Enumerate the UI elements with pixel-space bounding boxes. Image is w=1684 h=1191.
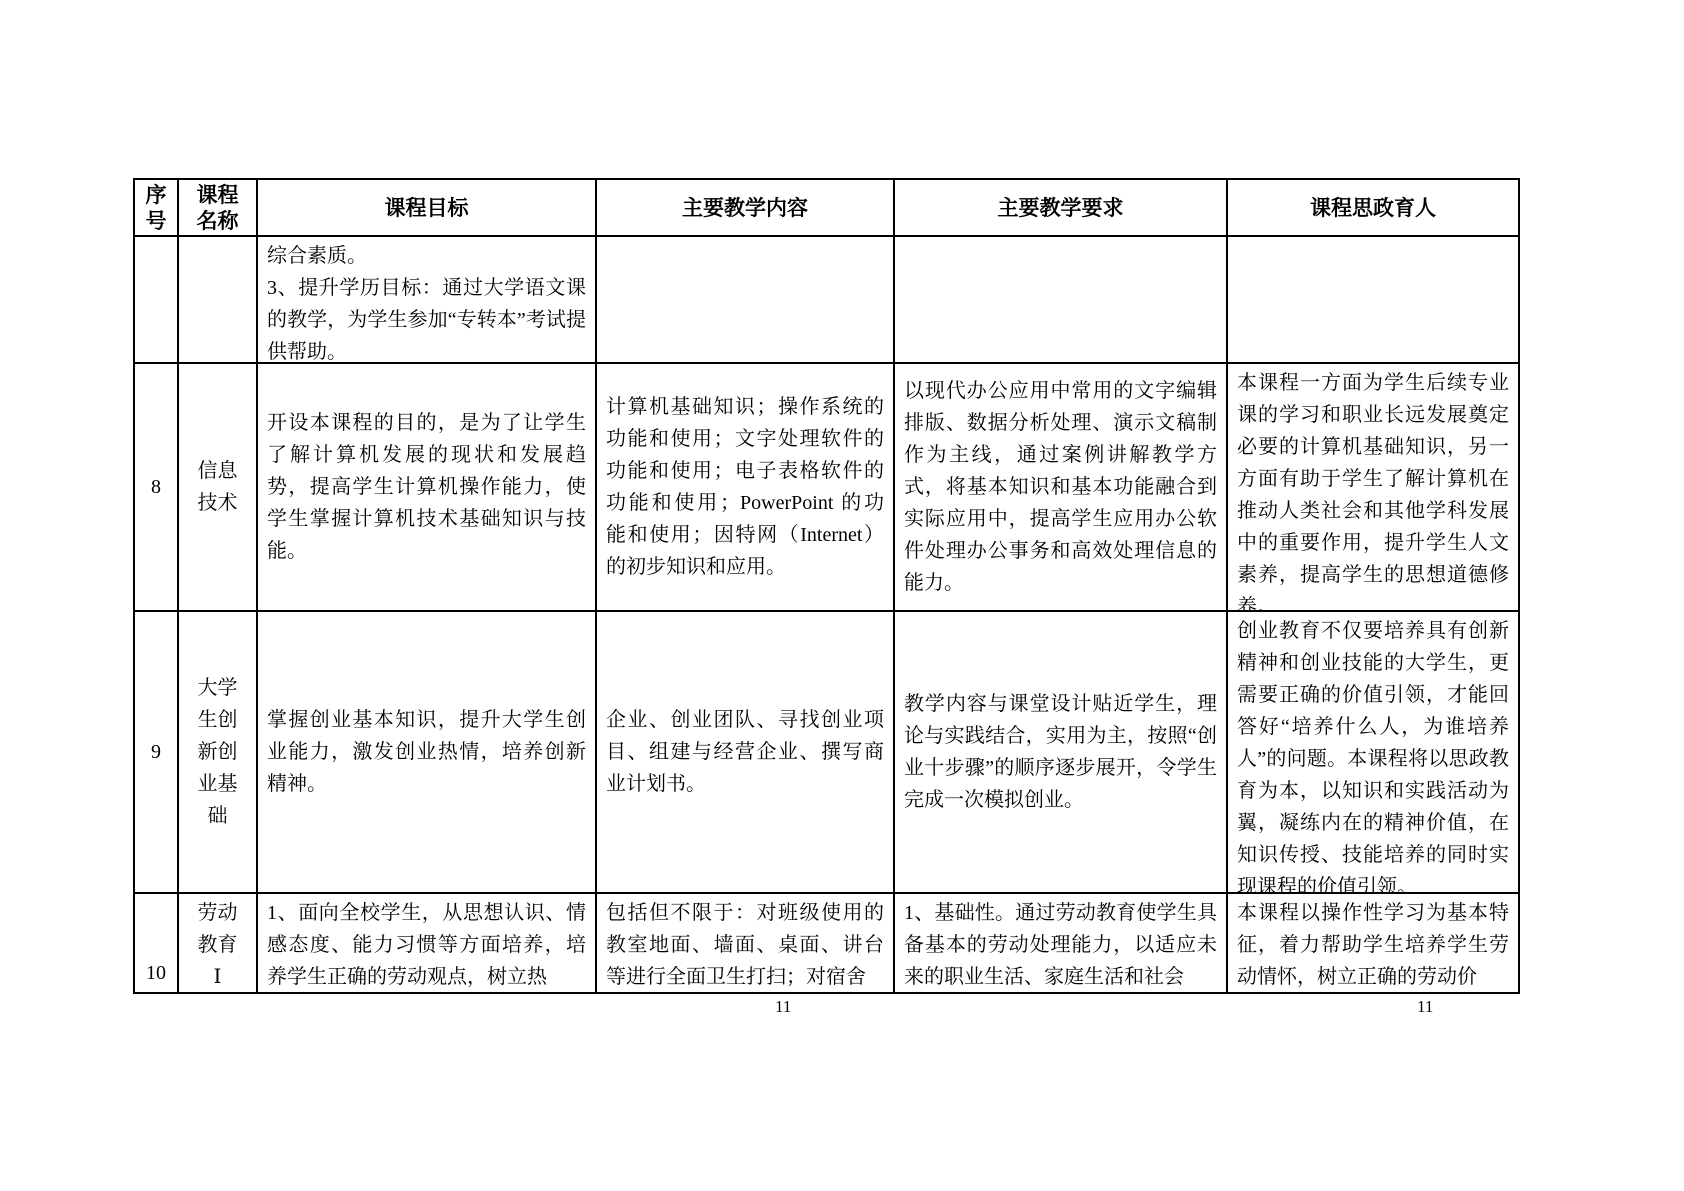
document-page: 序 号 课程 名称 课程目标 主要教学内容 主要教学要求 课程思政育人 综合素质… — [0, 0, 1684, 1191]
table-row-10-name: 劳动 教育 Ⅰ — [179, 894, 258, 994]
cell-objectives: 掌握创业基本知识，提升大学生创业能力，激发创业热情，培养创新精神。 — [267, 704, 586, 800]
header-objectives-label: 课程目标 — [267, 195, 586, 221]
cell-ideology: 创业教育不仅要培养具有创新精神和创业技能的大学生，更需要正确的价值引领，才能回答… — [1237, 615, 1509, 894]
page-number-center: 11 — [775, 997, 791, 1017]
cell-objectives: 综合素质。 3、提升学历目标：通过大学语文课的教学，为学生参加“专转本”考试提供… — [267, 240, 586, 364]
course-table: 序 号 课程 名称 课程目标 主要教学内容 主要教学要求 课程思政育人 综合素质… — [133, 178, 1520, 994]
cell-course-name: 劳动 教育 Ⅰ — [181, 897, 254, 993]
table-row-cont-name — [179, 237, 258, 364]
cell-requirements: 1、基础性。通过劳动教育使学生具备基本的劳动处理能力，以适应未来的职业生活、家庭… — [904, 897, 1217, 993]
header-course-name-label: 课程 名称 — [188, 182, 247, 234]
table-row-cont-content — [597, 237, 895, 364]
header-requirements: 主要教学要求 — [895, 180, 1228, 237]
cell-requirements: 以现代办公应用中常用的文字编辑排版、数据分析处理、演示文稿制作为主线，通过案例讲… — [904, 375, 1217, 599]
header-ideology-label: 课程思政育人 — [1237, 195, 1509, 221]
table-row-8-content: 计算机基础知识；操作系统的功能和使用；文字处理软件的功能和使用；电子表格软件的功… — [597, 364, 895, 612]
header-objectives: 课程目标 — [258, 180, 597, 237]
cell-no: 8 — [137, 471, 175, 503]
cell-course-name: 大学 生创 新创 业基 础 — [181, 672, 254, 832]
header-requirements-label: 主要教学要求 — [904, 195, 1217, 221]
header-ideology: 课程思政育人 — [1228, 180, 1520, 237]
table-row-9-content: 企业、创业团队、寻找创业项目、组建与经营企业、撰写商业计划书。 — [597, 612, 895, 894]
table-row-cont-objectives: 综合素质。 3、提升学历目标：通过大学语文课的教学，为学生参加“专转本”考试提供… — [258, 237, 597, 364]
table-row-9-name: 大学 生创 新创 业基 础 — [179, 612, 258, 894]
table-row-10-content: 包括但不限于：对班级使用的教室地面、墙面、桌面、讲台等进行全面卫生打扫；对宿舍 — [597, 894, 895, 994]
table-row-8-no: 8 — [135, 364, 179, 612]
table-row-cont-no — [135, 237, 179, 364]
header-no: 序 号 — [135, 180, 179, 237]
table-row-8-objectives: 开设本课程的目的，是为了让学生了解计算机发展的现状和发展趋势，提高学生计算机操作… — [258, 364, 597, 612]
header-no-label: 序 号 — [144, 182, 168, 234]
cell-no: 10 — [137, 957, 175, 989]
table-row-9-objectives: 掌握创业基本知识，提升大学生创业能力，激发创业热情，培养创新精神。 — [258, 612, 597, 894]
cell-requirements: 教学内容与课堂设计贴近学生，理论与实践结合，实用为主，按照“创业十步骤”的顺序逐… — [904, 688, 1217, 816]
cell-no: 9 — [137, 736, 175, 768]
cell-content: 企业、创业团队、寻找创业项目、组建与经营企业、撰写商业计划书。 — [606, 704, 884, 800]
header-content-label: 主要教学内容 — [606, 195, 884, 221]
header-content: 主要教学内容 — [597, 180, 895, 237]
table-row-10-requirements: 1、基础性。通过劳动教育使学生具备基本的劳动处理能力，以适应未来的职业生活、家庭… — [895, 894, 1228, 994]
cell-ideology: 本课程以操作性学习为基本特征，着力帮助学生培养学生劳动情怀，树立正确的劳动价 — [1237, 897, 1509, 993]
cell-course-name: 信息 技术 — [181, 455, 254, 519]
table-row-10-no: 10 — [135, 894, 179, 994]
cell-content: 包括但不限于：对班级使用的教室地面、墙面、桌面、讲台等进行全面卫生打扫；对宿舍 — [606, 897, 884, 993]
table-row-cont-requirements — [895, 237, 1228, 364]
cell-ideology: 本课程一方面为学生后续专业课的学习和职业长远发展奠定必要的计算机基础知识，另一方… — [1237, 367, 1509, 612]
table-row-9-ideology: 创业教育不仅要培养具有创新精神和创业技能的大学生，更需要正确的价值引领，才能回答… — [1228, 612, 1520, 894]
header-course-name: 课程 名称 — [179, 180, 258, 237]
cell-content: 计算机基础知识；操作系统的功能和使用；文字处理软件的功能和使用；电子表格软件的功… — [606, 391, 884, 583]
table-row-9-no: 9 — [135, 612, 179, 894]
cell-objectives: 1、面向全校学生，从思想认识、情感态度、能力习惯等方面培养，培养学生正确的劳动观… — [267, 897, 586, 993]
table-row-cont-ideology — [1228, 237, 1520, 364]
cell-objectives: 开设本课程的目的，是为了让学生了解计算机发展的现状和发展趋势，提高学生计算机操作… — [267, 407, 586, 567]
table-row-8-requirements: 以现代办公应用中常用的文字编辑排版、数据分析处理、演示文稿制作为主线，通过案例讲… — [895, 364, 1228, 612]
table-row-8-name: 信息 技术 — [179, 364, 258, 612]
table-row-10-ideology: 本课程以操作性学习为基本特征，着力帮助学生培养学生劳动情怀，树立正确的劳动价 — [1228, 894, 1520, 994]
table-row-10-objectives: 1、面向全校学生，从思想认识、情感态度、能力习惯等方面培养，培养学生正确的劳动观… — [258, 894, 597, 994]
page-number-right: 11 — [1417, 997, 1433, 1017]
table-row-8-ideology: 本课程一方面为学生后续专业课的学习和职业长远发展奠定必要的计算机基础知识，另一方… — [1228, 364, 1520, 612]
table-row-9-requirements: 教学内容与课堂设计贴近学生，理论与实践结合，实用为主，按照“创业十步骤”的顺序逐… — [895, 612, 1228, 894]
